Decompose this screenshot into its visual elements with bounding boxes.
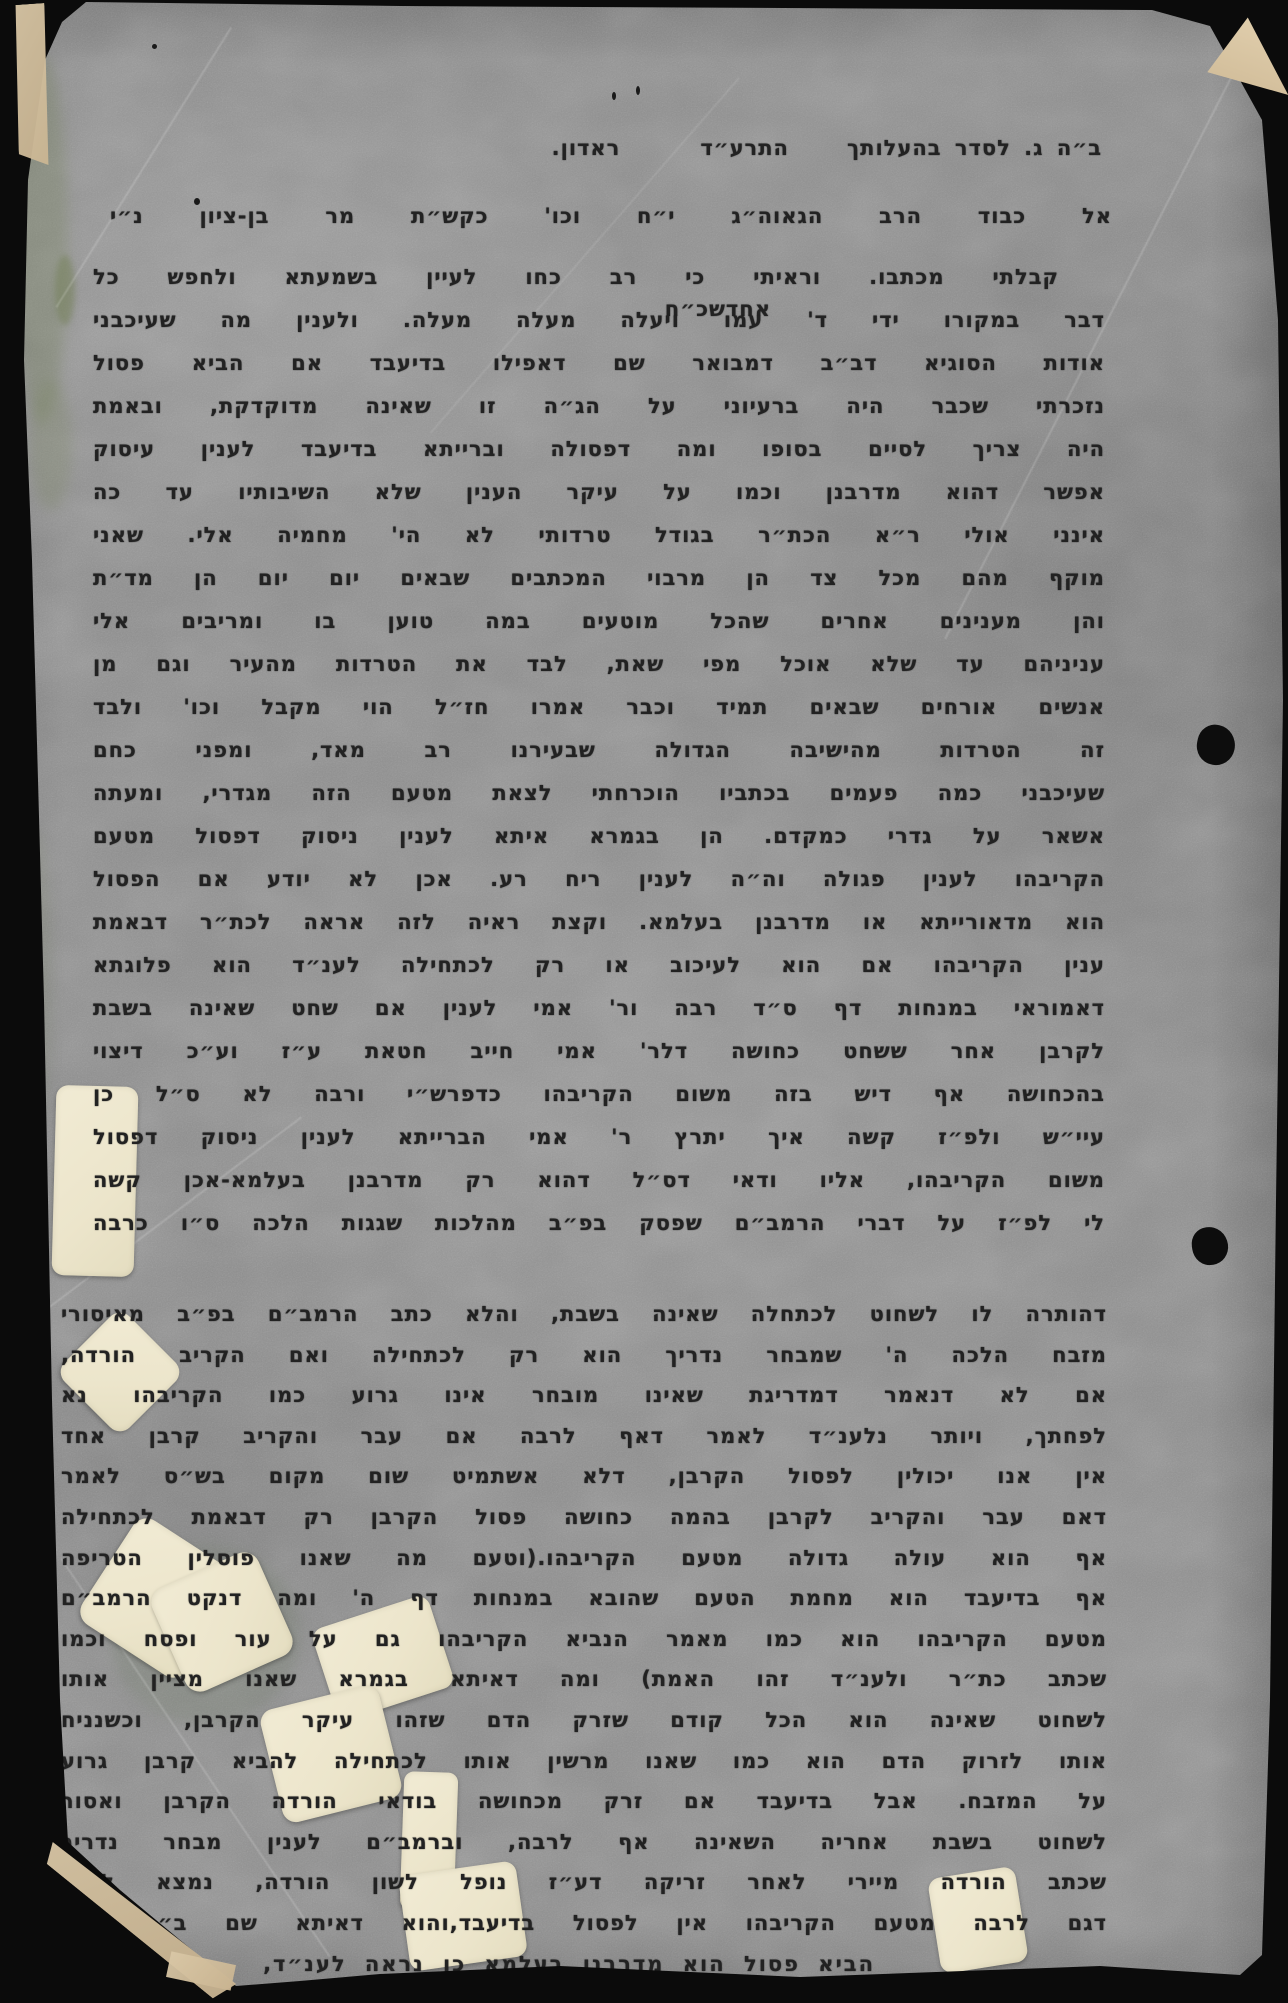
ink-speck [636,86,640,95]
addressee-line: אל כבוד הרב הגאוה״ג י״ח וכו' כקש״ת מר בן… [110,204,1112,228]
typed-line: והן מענינים אחרים שהכל מוטעים במה טוען ב… [93,600,1105,643]
typed-line: שעיכבני כמה פעמים בכתביו הוכרחתי לצאת מט… [93,772,1105,815]
stain [18,830,52,1130]
typed-line: לשחוט שאינה הוא הכל קודם שזרק הדם שזהו ע… [61,1700,1107,1741]
typed-line: אנשים אורחים שבאים תמיד וכבר אמרו חז״ל ה… [93,686,1105,729]
typed-line: עניניהם עד שלא אוכל מפי שאת, לבד את הטרד… [93,643,1105,686]
body-paragraph-1: קבלתי מכתבו. וראיתי כי רב כחו לעיין בשמע… [93,256,1105,1245]
typed-line: עיי״ש ולפ״ז קשה איך יתרץ ר' אמי הברייתא … [93,1116,1105,1159]
scanned-letter-page: ב״ה ג. לסדר בהעלותךהתרע״דראדון. אל כבוד … [0,0,1288,2003]
typed-line: אפשר דהוא מדרבנן וכמו על עיקר הענין שלא … [93,471,1105,514]
typed-line: על המזבח. אבל בדיעבד אם זרק מכחושה בודאי… [61,1781,1107,1822]
hebrew-year: התרע״ד [700,136,789,160]
typed-line: לי לפ״ז על דברי הרמב״ם שפסק בפ״ב מהלכות … [93,1202,1105,1245]
ink-speck [612,92,616,100]
typed-line: אודות הסוגיא דב״ב דמבואר שם דאפילו בדיעב… [93,342,1105,385]
typed-line: משום הקריבהו, אליו ודאי דס״ל דהוא רק מדר… [93,1159,1105,1202]
typed-line: דאמוראי במנחות דף ס״ד רבה ור' אמי לענין … [93,987,1105,1030]
typed-line: לשחוט בשבת אחריה השאינה אף לרבה, וברמב״ם… [61,1822,1107,1863]
typed-line: קבלתי מכתבו. וראיתי כי רב כחו לעיין בשמע… [93,256,1105,299]
typed-line: דאם עבר והקריב לקרבן בהמה כחושה פסול הקר… [61,1497,1107,1538]
city-name: ראדון. [552,136,621,160]
typed-line: הקריבהו לענין פגולה וה״ה לענין ריח רע. א… [93,858,1105,901]
typed-line: לפחתך, ויותר נלענ״ד לאמר דאף לרבה אם עבר… [61,1416,1107,1457]
typed-line: אותו לזרוק הדם הוא כמו שאנו מרשין אותו ל… [61,1741,1107,1782]
typed-line: היה צריך לסיים בסופו ומה דפסולה וברייתא … [93,428,1105,471]
typed-line: מוקף מהם מכל צד הן מרבוי המכתבים שבאים י… [93,557,1105,600]
typed-line: זה הטרדות מהישיבה הגדולה שבעירנו רב מאד,… [93,729,1105,772]
typed-line: הוא מדאורייתא או מדרבנן בעלמא. וקצת ראיה… [93,901,1105,944]
typed-line: אף בדיעבד הוא מחמת הטעם שהובא במנחות דף … [61,1578,1107,1619]
typed-line: מטעם הקריבהו הוא כמו מאמר הנביא הקריבהו … [61,1619,1107,1660]
typed-line: אין אנו יכולין לפסול הקרבן, דלא אשתמיט ש… [61,1456,1107,1497]
typed-line: שכתב כת״ר ולענ״ד זהו האמת) ומה דאיתא בגמ… [61,1659,1107,1700]
typed-line: מזבח הלכה ה' שמבחר נדריך הוא רק לכתחילה … [61,1335,1107,1376]
typed-line: דבר במקורו ידי ד' עמו ויעלה מעלה מעלה. ו… [93,299,1105,342]
typed-line: ענין הקריבהו אם הוא לעיכוב או רק לכתחילה… [93,944,1105,987]
typed-line: אף הוא עולה גדולה מטעם הקריבהו.(וטעם מה … [61,1538,1107,1579]
typed-line: אשאר על גדרי כמקדם. הן בגמרא איתא לענין … [93,815,1105,858]
typed-line: שכתב הורדה מיירי לאחר זריקה דע״ז נופל לש… [61,1862,1107,1903]
typed-line: דגם לרבה מטעם הקריבהו אין לפסול בדיעבד,ו… [61,1903,1107,1944]
typed-line: אינני אולי ר״א הכת״ר בגודל טרדותי לא הי'… [93,514,1105,557]
stain [30,380,72,510]
ink-speck [152,44,157,49]
body-paragraph-2: דהותרה לו לשחוט לכתחלה שאינה בשבת, והלא … [61,1294,1107,1984]
typed-line: נזכרתי שכבר היה ברעיוני על הג״ה זו שאינה… [93,385,1105,428]
paper-sheet: ב״ה ג. לסדר בהעלותךהתרע״דראדון. אל כבוד … [0,0,1288,2003]
typed-line: לקרבן אחר ששחט כחושה דלר' אמי חייב חטאת … [93,1030,1105,1073]
header-line: ב״ה ג. לסדר בהעלותךהתרע״דראדון. [552,136,1102,160]
typed-line: בהכחושה אף דיש בזה משום הקריבהו כדפרש״י … [93,1073,1105,1116]
header-opening: ב״ה ג. לסדר בהעלותך [847,136,1102,160]
typed-line: דהותרה לו לשחוט לכתחלה שאינה בשבת, והלא … [61,1294,1107,1335]
typed-line: אם לא דנאמר דמדריגת שאינו מובחר אינו גרו… [61,1375,1107,1416]
